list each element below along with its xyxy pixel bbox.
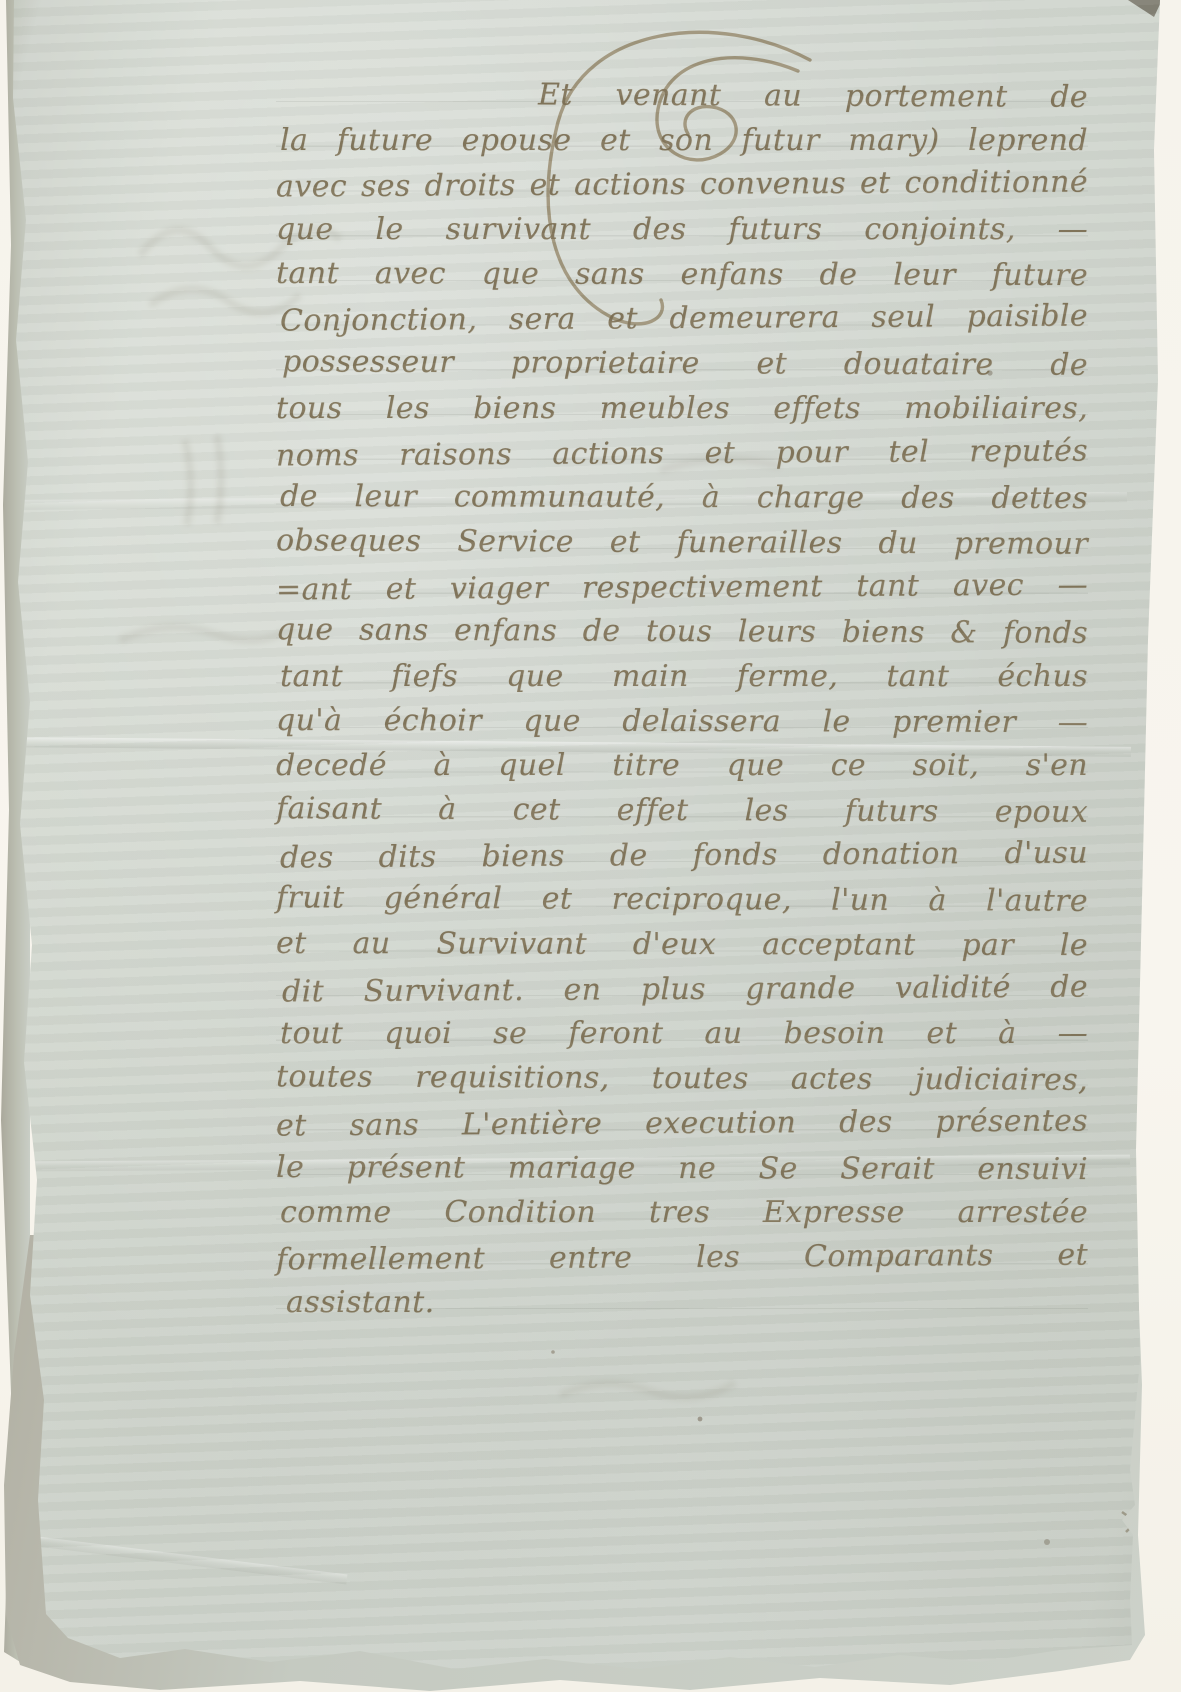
manuscript-line: comme Condition tres Expresse arrestée (276, 1191, 1088, 1236)
corner-nick (1128, 0, 1162, 17)
manuscript-line: dit Survivant. en plus grande validité d… (276, 965, 1088, 1015)
manuscript-line: le présent mariage ne Se Serait ensuivi (276, 1145, 1088, 1192)
manuscript-line: et au Survivant d'eux acceptant par le (276, 922, 1088, 969)
manuscript-line: possesseur proprietaire et douataire de (276, 340, 1088, 388)
manuscript-line: toutes requisitions, toutes actes judici… (276, 1055, 1088, 1103)
manuscript-line: tant avec que sans enfans de leur future (276, 252, 1088, 299)
manuscript-line: que le survivant des futurs conjoints, — (276, 208, 1088, 253)
manuscript-line: formellement entre les Comparants et (276, 1233, 1088, 1283)
manuscript-line: des dits biens de fonds donation d'usu (276, 831, 1088, 881)
paper-wrinkle (29, 1536, 348, 1585)
manuscript-line: tous les biens meubles effets mobiliaire… (276, 387, 1088, 432)
manuscript-line: de leur communauté, à charge des dettes (276, 475, 1088, 522)
manuscript-line: que sans enfans de tous leurs biens & fo… (276, 608, 1088, 656)
manuscript-line: avec ses droits et actions convenus et c… (276, 161, 1088, 211)
manuscript-line: Conjonction, sera et demeurera seul pais… (276, 295, 1088, 345)
manuscript-line: tant fiefs que main ferme, tant échus (276, 655, 1088, 700)
manuscript-line: obseques Service et funerailles du premo… (276, 519, 1088, 567)
manuscript-line: faisant à cet effet les futurs epoux (276, 787, 1088, 835)
manuscript-line: decedé à quel titre que ce soit, s'en (276, 744, 1088, 789)
manuscript-line: fruit général et reciproque, l'un à l'au… (276, 877, 1088, 925)
manuscript-line: assistant. (276, 1281, 1088, 1326)
manuscript-paper: Et venant au portement de la future epou… (0, 0, 1168, 1681)
manuscript-line: la future epouse et son futur mary) lepr… (276, 119, 1088, 164)
manuscript-line: tout quoi se feront au besoin et à — (276, 1012, 1088, 1057)
scanned-manuscript-page: Et venant au portement de la future epou… (0, 0, 1181, 1692)
manuscript-line: =ant et viager respectivement tant avec … (276, 563, 1088, 613)
manuscript-line: et sans L'entière execution des présente… (276, 1099, 1088, 1149)
manuscript-line: qu'à échoir que delaissera le premier — (276, 699, 1088, 746)
manuscript-line: Et venant au portement de (276, 72, 1088, 120)
manuscript-line: noms raisons actions et pour tel reputés (276, 429, 1088, 479)
manuscript-text: Et venant au portement de la future epou… (276, 74, 1088, 1325)
